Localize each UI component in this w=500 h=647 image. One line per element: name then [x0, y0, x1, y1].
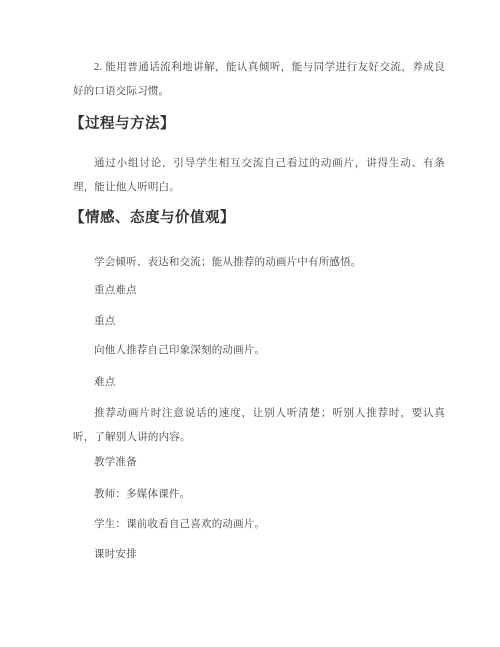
line-teacher-preparation: 教师：多媒体课件。: [73, 487, 445, 503]
heading-process-and-method: 【过程与方法】: [70, 114, 470, 134]
document-page: 2. 能用普通话流利地讲解，能认真倾听，能与同学进行友好交流，养成良好的口语交际…: [0, 0, 500, 647]
line-key-point: 重点: [73, 314, 445, 330]
paragraph-listening-expression: 学会倾听、表达和交流；能从推荐的动画片中有所感悟。: [73, 251, 445, 275]
line-class-schedule: 课时安排: [73, 547, 445, 563]
line-teaching-preparation: 教学准备: [73, 455, 445, 471]
paragraph-speaking-speed: 推荐动画片时注意说话的速度，让别人听清楚；听别人推荐时，要认真听，了解别人讲的内…: [73, 402, 445, 450]
line-difficult-point: 难点: [73, 375, 445, 391]
heading-emotion-attitude-values: 【情感、态度与价值观】: [70, 208, 470, 228]
line-recommend-cartoon: 向他人推荐自己印象深刻的动画片。: [73, 343, 445, 359]
line-student-preparation: 学生：课前收看自己喜欢的动画片。: [73, 517, 445, 533]
paragraph-group-discussion: 通过小组讨论，引导学生相互交流自己看过的动画片，讲得生动、有条理，能让他人听明白…: [73, 152, 445, 200]
paragraph-speaking-goal: 2. 能用普通话流利地讲解，能认真倾听，能与同学进行友好交流，养成良好的口语交际…: [73, 56, 445, 104]
line-key-difficult-points: 重点难点: [73, 283, 445, 299]
